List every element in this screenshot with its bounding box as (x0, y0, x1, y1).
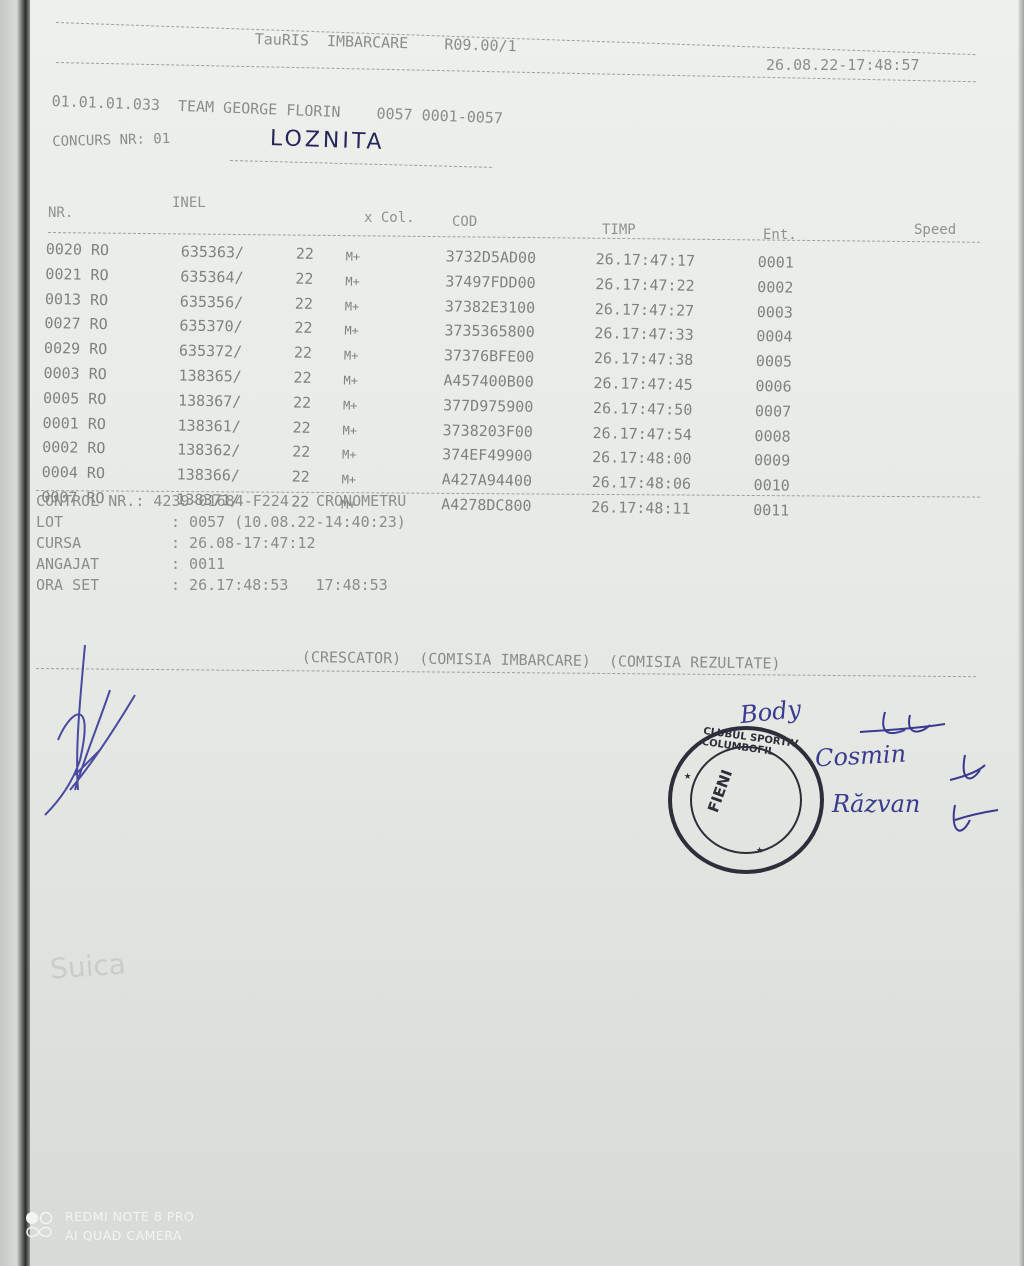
ring-year: 22 (296, 245, 346, 271)
version: R09.00/1 (444, 35, 517, 55)
angajat-line: ANGAJAT: 0011 (36, 554, 406, 575)
module-name: IMBARCARE (327, 32, 409, 52)
sex-color: M+ (345, 245, 445, 272)
angajat-label: ANGAJAT (36, 554, 171, 575)
sex-color: M+ (345, 270, 445, 297)
printed-timestamp: 26.08.22-17:48:57 (766, 56, 920, 74)
ring-year: 22 (294, 344, 344, 370)
ring-number: 138365/ (178, 366, 293, 393)
pigeon-nr: 0003 RO (43, 364, 178, 391)
chip-code: 3735365800 (444, 322, 594, 350)
ring-number: 635372/ (179, 342, 294, 369)
watermark-model: REDMI NOTE 8 PRO (65, 1207, 194, 1226)
pigeon-nr: 0027 RO (44, 314, 179, 341)
lot-value: : 0057 (10.08.22-14:40:23) (171, 513, 406, 531)
sex-color: M+ (344, 345, 444, 372)
sex-color: M+ (344, 320, 444, 347)
ring-year: 22 (292, 418, 342, 444)
basketing-time: 26.17:47:33 (594, 324, 756, 352)
pigeon-nr: 0004 RO (41, 463, 176, 490)
ring-year: 22 (293, 393, 343, 419)
ring-year: 22 (292, 443, 342, 469)
chip-code: 37382E3100 (445, 297, 595, 325)
entry-number: 0005 (756, 352, 856, 379)
system-name: TauRIS (254, 30, 309, 50)
entry-number: 0009 (754, 451, 854, 478)
basket-table: 0020 RO635363/22M+3732D5AD0026.17:47:170… (41, 240, 858, 528)
cursa-value: : 26.08-17:47:12 (171, 534, 316, 552)
chip-code: 37376BFE00 (444, 347, 594, 375)
control-summary: CONTROL NR.: 4239-01684-F224 CRONOMETRU … (36, 491, 406, 596)
col-header-col: x Col. (364, 210, 415, 226)
basketing-time: 26.17:48:11 (591, 498, 753, 526)
sex-color: M+ (342, 419, 442, 446)
cursa-label: CURSA (36, 533, 171, 554)
control-number: 4239-01684-F224 (153, 492, 288, 510)
basketing-time: 26.17:47:50 (593, 399, 755, 427)
sex-color: M+ (345, 295, 445, 322)
page-edge (1018, 0, 1024, 1266)
sex-color: M+ (343, 369, 443, 396)
chip-code: 37497FDD00 (445, 272, 595, 300)
control-line: CONTROL NR.: 4239-01684-F224 CRONOMETRU (36, 491, 406, 512)
chip-code: A4278DC800 (441, 495, 591, 523)
breeder-signature (40, 640, 150, 820)
ring-number: 138366/ (176, 466, 291, 493)
basketing-time: 26.17:48:00 (592, 448, 754, 476)
entry-number: 0011 (753, 501, 853, 528)
committee-initials (850, 710, 1000, 850)
chip-code: 377D975900 (443, 396, 593, 424)
star-icon: ★ (756, 842, 763, 856)
pigeon-nr: 0002 RO (42, 438, 177, 465)
control-label: CONTROL NR.: (36, 492, 144, 510)
basketing-time: 26.17:47:38 (594, 349, 756, 377)
ring-number: 635356/ (180, 292, 295, 319)
printout-page (30, 0, 1018, 1266)
col-header-speed: Speed (914, 222, 956, 238)
ora-set-label: ORA SET (36, 575, 171, 596)
lot-label: LOT (36, 512, 171, 533)
col-header-cod: COD (452, 214, 477, 230)
entry-number: 0002 (757, 278, 857, 305)
lot-line: LOT: 0057 (10.08.22-14:40:23) (36, 512, 406, 533)
sex-color: M+ (342, 444, 442, 471)
binder-edge (0, 0, 30, 1266)
ring-number: 138367/ (178, 391, 293, 418)
basketing-time: 26.17:47:27 (595, 300, 757, 328)
basketing-time: 26.17:47:54 (592, 424, 754, 452)
chip-code: 3732D5AD00 (445, 247, 595, 275)
entry-number: 0001 (757, 253, 857, 280)
watermark-camera: AI QUAD CAMERA (65, 1226, 194, 1245)
pigeon-nr: 0005 RO (43, 389, 178, 416)
ora-set-line: ORA SET: 26.17:48:53 17:48:53 (36, 575, 406, 596)
label-crescator: (CRESCATOR) (302, 648, 402, 667)
label-comisia-rezultate: (COMISIA REZULTATE) (609, 652, 781, 672)
entry-number: 0010 (753, 476, 853, 503)
pigeon-nr: 0020 RO (46, 240, 181, 267)
chip-code: A457400B00 (443, 371, 593, 399)
star-icon: ★ (684, 768, 691, 782)
ora-set-value: : 26.17:48:53 (171, 576, 288, 594)
pigeon-nr: 0001 RO (42, 414, 177, 441)
entry-number: 0006 (755, 377, 855, 404)
contest-label: CONCURS NR: 01 (52, 131, 170, 150)
label-comisia-imbarcare: (COMISIA IMBARCARE) (419, 650, 591, 670)
ring-year: 22 (294, 319, 344, 345)
basketing-time: 26.17:47:22 (595, 275, 757, 303)
chip-code: 374EF49900 (442, 446, 592, 474)
ring-number: 138362/ (177, 441, 292, 468)
contest-location-handwritten: LOZNITA (270, 126, 385, 155)
ring-year: 22 (295, 294, 345, 320)
col-header-nr: NR. (48, 205, 73, 221)
ring-number: 635370/ (179, 317, 294, 344)
basketing-time: 26.17:47:45 (593, 374, 755, 402)
sex-color: M+ (343, 394, 443, 421)
camera-lens-icon (24, 1210, 54, 1240)
basketing-time: 26.17:47:17 (595, 250, 757, 278)
device-name: CRONOMETRU (316, 492, 406, 510)
ring-year: 22 (291, 468, 341, 494)
pigeon-nr: 0021 RO (45, 265, 180, 292)
chip-code: 3738203F00 (442, 421, 592, 449)
ring-year: 22 (293, 369, 343, 395)
angajat-value: : 0011 (171, 555, 225, 573)
cursa-line: CURSA: 26.08-17:47:12 (36, 533, 406, 554)
ring-year: 22 (295, 269, 345, 295)
entry-number: 0004 (756, 327, 856, 354)
pigeon-nr: 0029 RO (44, 339, 179, 366)
basketing-time: 26.17:48:06 (591, 473, 753, 501)
ora-set-clock: 17:48:53 (316, 576, 388, 594)
pencil-note: Suica (49, 947, 127, 985)
entry-number: 0007 (755, 402, 855, 429)
col-header-timp: TIMP (602, 222, 636, 238)
ring-number: 635363/ (181, 242, 296, 269)
entry-number: 0008 (754, 427, 854, 454)
pigeon-nr: 0013 RO (45, 290, 180, 317)
entry-number: 0003 (757, 303, 857, 330)
ring-number: 138361/ (177, 416, 292, 443)
ring-number: 635364/ (180, 267, 295, 294)
col-header-inel: INEL (172, 195, 206, 211)
club-stamp: CLUBUL SPORTIV COLUMBOFIL FIENI ★ ★ (668, 726, 824, 874)
